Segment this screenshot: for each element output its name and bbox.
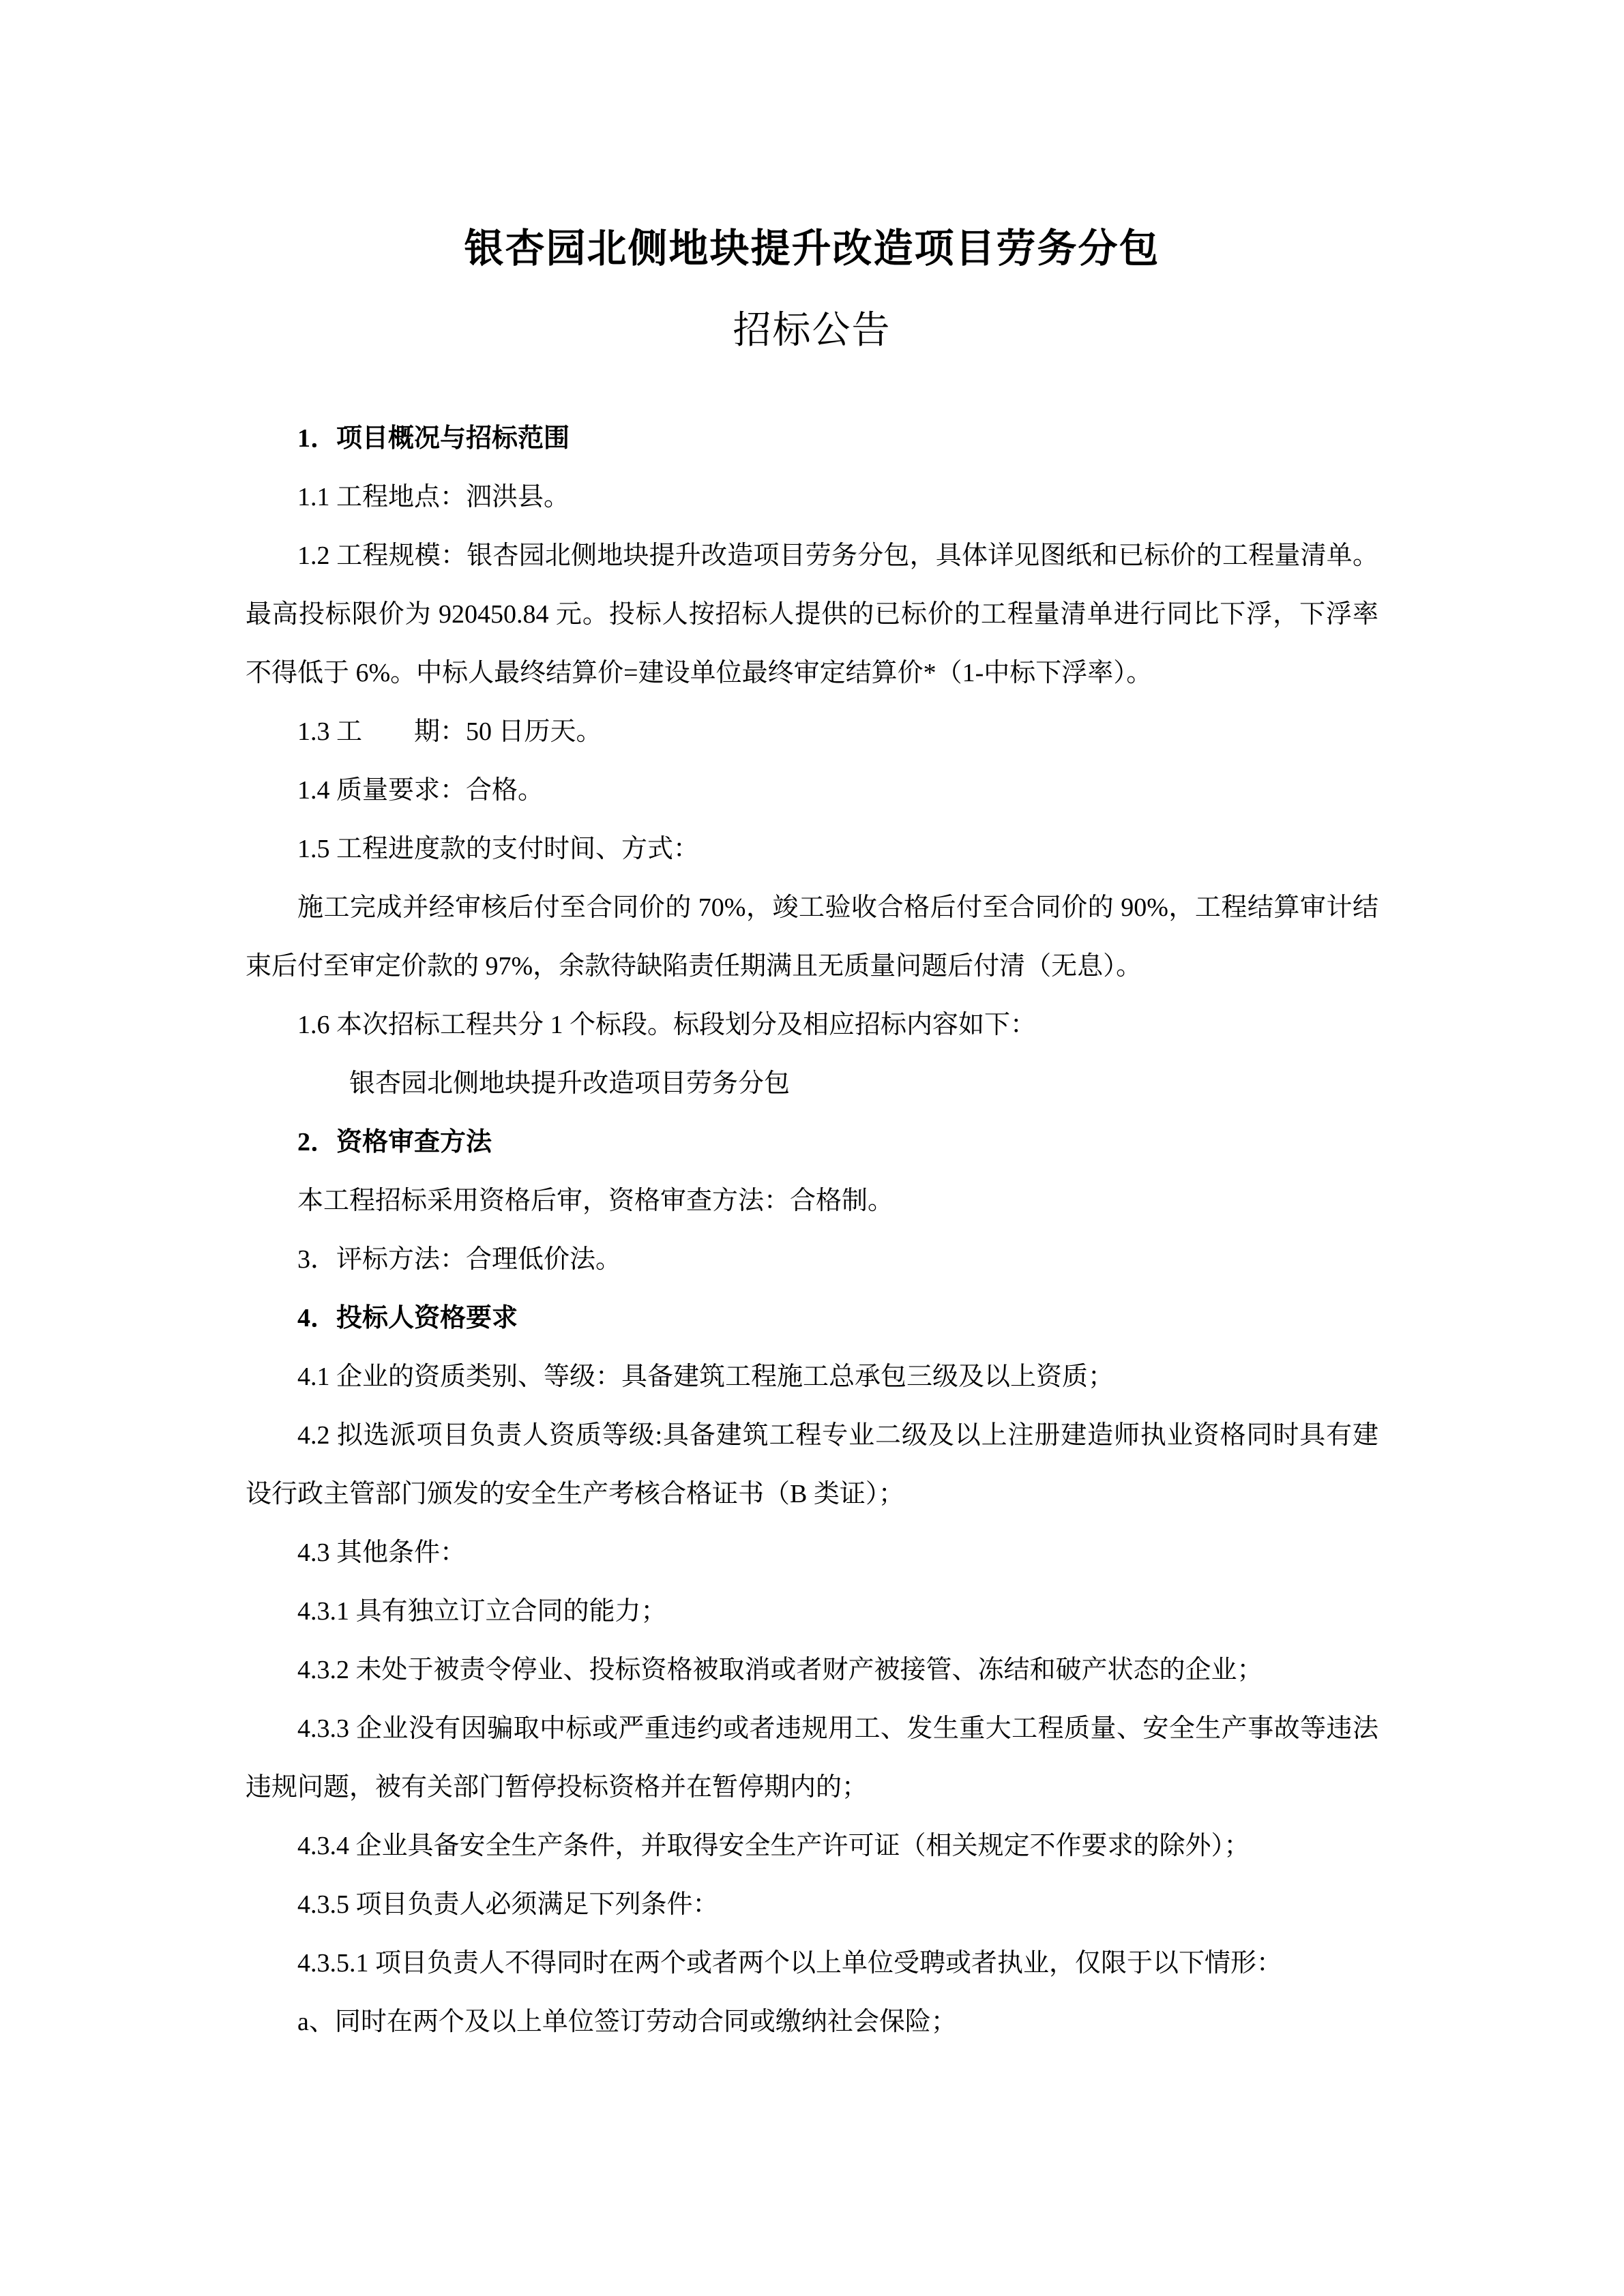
paragraph-16: 4.3 其他条件： [246,1523,1378,1582]
document-page: 银杏园北侧地块提升改造项目劳务分包 招标公告 1．项目概况与招标范围1.1 工程… [0,0,1624,2296]
paragraph-9: 银杏园北侧地块提升改造项目劳务分包 [246,1054,1378,1113]
paragraph-6: 1.5 工程进度款的支付时间、方式： [246,820,1378,878]
paragraph-18: 4.3.2 未处于被责令停业、投标资格被取消或者财产被接管、冻结和破产状态的企业… [246,1641,1378,1699]
paragraph-20: 4.3.4 企业具备安全生产条件，并取得安全生产许可证（相关规定不作要求的除外）… [246,1817,1378,1875]
paragraph-10: 2．资格审查方法 [246,1113,1378,1172]
paragraph-8: 1.6 本次招标工程共分 1 个标段。标段划分及相应招标内容如下： [246,996,1378,1054]
paragraph-23: a、同时在两个及以上单位签订劳动合同或缴纳社会保险； [246,1993,1378,2051]
paragraph-3: 1.2 工程规模：银杏园北侧地块提升改造项目劳务分包，具体详见图纸和已标价的工程… [246,526,1378,702]
paragraph-7: 施工完成并经审核后付至合同价的 70%，竣工验收合格后付至合同价的 90%，工程… [246,878,1378,996]
document-title: 银杏园北侧地块提升改造项目劳务分包 [246,208,1378,290]
paragraph-15: 4.2 拟选派项目负责人资质等级:具备建筑工程专业二级及以上注册建造师执业资格同… [246,1406,1378,1523]
paragraph-4: 1.3 工 期：50 日历天。 [246,702,1378,761]
paragraph-19: 4.3.3 企业没有因骗取中标或严重违约或者违规用工、发生重大工程质量、安全生产… [246,1699,1378,1817]
paragraph-22: 4.3.5.1 项目负责人不得同时在两个或者两个以上单位受聘或者执业，仅限于以下… [246,1934,1378,1993]
paragraph-21: 4.3.5 项目负责人必须满足下列条件： [246,1875,1378,1934]
paragraph-17: 4.3.1 具有独立订立合同的能力； [246,1582,1378,1641]
document-subtitle: 招标公告 [246,290,1378,372]
paragraph-5: 1.4 质量要求：合格。 [246,761,1378,820]
paragraph-2: 1.1 工程地点：泗洪县。 [246,468,1378,526]
paragraph-14: 4.1 企业的资质类别、等级：具备建筑工程施工总承包三级及以上资质； [246,1347,1378,1406]
document-body: 1．项目概况与招标范围1.1 工程地点：泗洪县。1.2 工程规模：银杏园北侧地块… [246,409,1378,2051]
paragraph-11: 本工程招标采用资格后审，资格审查方法：合格制。 [246,1172,1378,1230]
paragraph-12: 3．评标方法：合理低价法。 [246,1230,1378,1289]
paragraph-13: 4．投标人资格要求 [246,1289,1378,1347]
paragraph-1: 1．项目概况与招标范围 [246,409,1378,468]
